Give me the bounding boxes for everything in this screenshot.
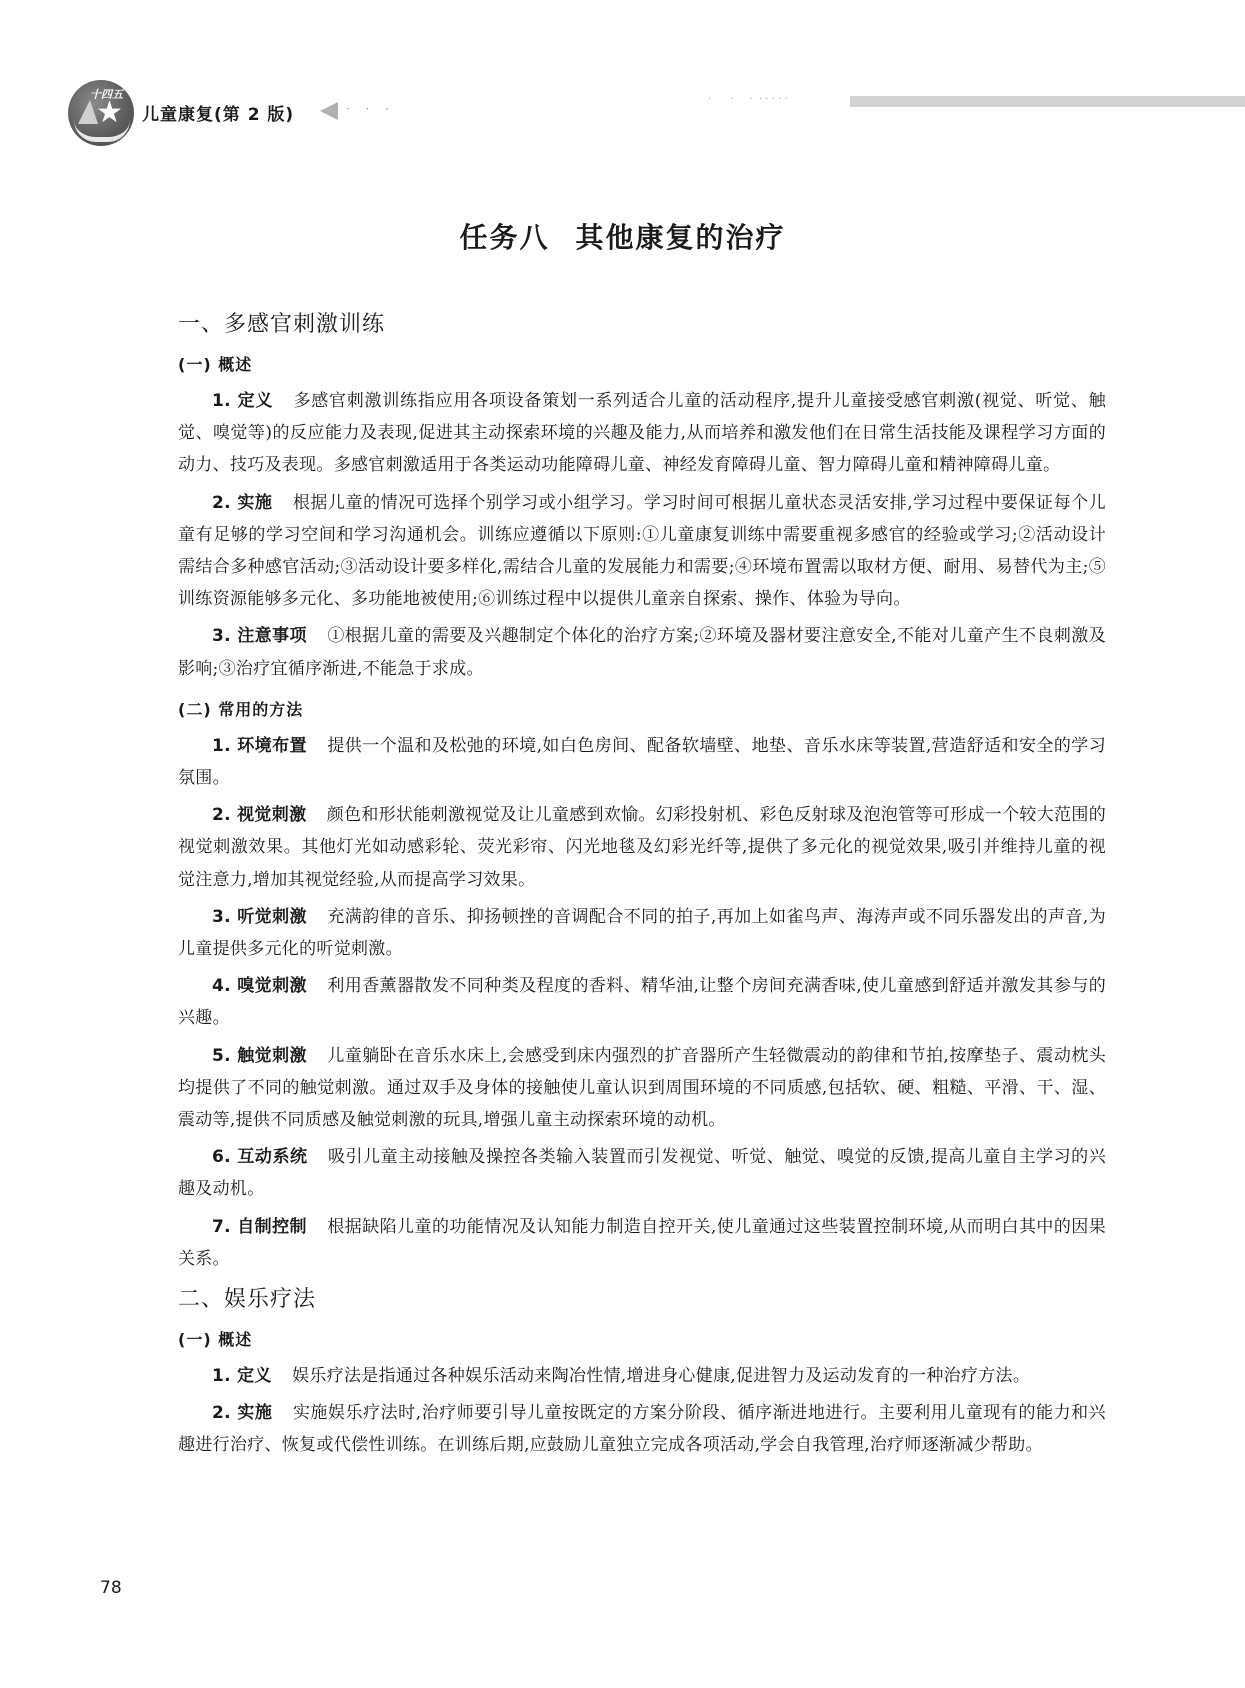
paragraph-lead: 1. 环境布置 [212,736,307,756]
header-rule-bar [850,96,1245,107]
series-logo-icon: 十四五 ★ [68,80,134,146]
paragraph-lead: 1. 定义 [212,1366,272,1386]
paragraph-definition: 1. 定义多感官刺激训练指应用各项设备策划一系列适合儿童的活动程序,提升儿童接受… [178,385,1106,482]
paragraph-interactive: 6. 互动系统吸引儿童主动接触及操控各类输入装置而引发视觉、听觉、触觉、嗅觉的反… [178,1141,1106,1205]
paragraph-text: 根据缺陷儿童的功能情况及认知能力制造自控开关,使儿童通过这些装置控制环境,从而明… [178,1217,1106,1269]
subsection-heading: (一) 概述 [178,345,1106,385]
paragraph-text: ①根据儿童的需要及兴趣制定个体化的治疗方案;②环境及器材要注意安全,不能对儿童产… [178,626,1106,678]
page-body: 一、多感官刺激训练 (一) 概述 1. 定义多感官刺激训练指应用各项设备策划一系… [178,305,1106,1467]
paragraph-implementation: 2. 实施实施娱乐疗法时,治疗师要引导儿童按既定的方案分阶段、循序渐进地进行。主… [178,1397,1106,1461]
paragraph-text: 根据儿童的情况可选择个别学习或小组学习。学习时间可根据儿童状态灵活安排,学习过程… [178,493,1106,610]
paragraph-lead: 6. 互动系统 [212,1147,308,1167]
paragraph-text: 颜色和形状能刺激视觉及让儿童感到欢愉。幻彩投射机、彩色反射球及泡泡管等可形成一个… [178,805,1106,889]
paragraph-text: 实施娱乐疗法时,治疗师要引导儿童按既定的方案分阶段、循序渐进地进行。主要利用儿童… [178,1403,1106,1455]
paragraph-lead: 4. 嗅觉刺激 [212,976,307,996]
subsection-heading: (二) 常用的方法 [178,690,1106,730]
paragraph-definition: 1. 定义娱乐疗法是指通过各种娱乐活动来陶冶性情,增进身心健康,促进智力及运动发… [178,1360,1106,1392]
paragraph-text: 吸引儿童主动接触及操控各类输入装置而引发视觉、听觉、触觉、嗅觉的反馈,提高儿童自… [178,1147,1106,1199]
paragraph-lead: 1. 定义 [212,391,273,411]
decorative-dots: · · · · · · · · [708,94,787,105]
paragraph-lead: 5. 触觉刺激 [212,1046,307,1066]
paragraph-lead: 3. 注意事项 [212,626,307,646]
book-title: 儿童康复(第 2 版) [142,100,294,125]
page-title: 任务八其他康复的治疗 [0,216,1245,256]
page-title-topic: 其他康复的治疗 [576,221,786,254]
paragraph-lead: 3. 听觉刺激 [212,907,307,927]
section-heading: 一、多感官刺激训练 [178,305,1106,345]
subsection-heading: (一) 概述 [178,1320,1106,1360]
section-heading: 二、娱乐疗法 [178,1280,1106,1320]
paragraph-lead: 7. 自制控制 [212,1217,307,1237]
paragraph-lead: 2. 实施 [212,493,272,513]
paragraph-environment: 1. 环境布置提供一个温和及松弛的环境,如白色房间、配备软墙壁、地垫、音乐水床等… [178,730,1106,794]
paragraph-text: 儿童躺卧在音乐水床上,会感受到床内强烈的扩音器所产生轻微震动的韵律和节拍,按摩垫… [178,1046,1106,1130]
paragraph-visual: 2. 视觉刺激颜色和形状能刺激视觉及让儿童感到欢愉。幻彩投射机、彩色反射球及泡泡… [178,799,1106,896]
page-number: 78 [100,1578,122,1598]
paragraph-olfactory: 4. 嗅觉刺激利用香薰器散发不同种类及程度的香料、精华油,让整个房间充满香味,使… [178,970,1106,1034]
paragraph-tactile: 5. 触觉刺激儿童躺卧在音乐水床上,会感受到床内强烈的扩音器所产生轻微震动的韵律… [178,1040,1106,1137]
paragraph-implementation: 2. 实施根据儿童的情况可选择个别学习或小组学习。学习时间可根据儿童状态灵活安排… [178,487,1106,616]
page-title-task: 任务八 [459,221,549,254]
paragraph-lead: 2. 视觉刺激 [212,805,306,825]
paragraph-text: 多感官刺激训练指应用各项设备策划一系列适合儿童的活动程序,提升儿童接受感官刺激(… [178,391,1106,475]
paragraph-self-control: 7. 自制控制根据缺陷儿童的功能情况及认知能力制造自控开关,使儿童通过这些装置控… [178,1211,1106,1275]
paragraph-text: 娱乐疗法是指通过各种娱乐活动来陶冶性情,增进身心健康,促进智力及运动发育的一种治… [292,1366,1030,1386]
paragraph-auditory: 3. 听觉刺激充满韵律的音乐、抑扬顿挫的音调配合不同的拍子,再加上如雀鸟声、海涛… [178,901,1106,965]
paragraph-precautions: 3. 注意事项①根据儿童的需要及兴趣制定个体化的治疗方案;②环境及器材要注意安全… [178,620,1106,684]
arrow-dots: · · · [346,102,395,116]
paragraph-lead: 2. 实施 [212,1403,272,1423]
paragraph-text: 充满韵律的音乐、抑扬顿挫的音调配合不同的拍子,再加上如雀鸟声、海涛声或不同乐器发… [178,907,1106,959]
running-header: 十四五 ★ 儿童康复(第 2 版) · · · · · · · · · · · [68,80,1245,150]
swoosh-shape [74,120,130,142]
arrow-left-icon [320,102,338,120]
paragraph-text: 利用香薰器散发不同种类及程度的香料、精华油,让整个房间充满香味,使儿童感到舒适并… [178,976,1106,1028]
paragraph-text: 提供一个温和及松弛的环境,如白色房间、配备软墙壁、地垫、音乐水床等装置,营造舒适… [178,736,1106,788]
